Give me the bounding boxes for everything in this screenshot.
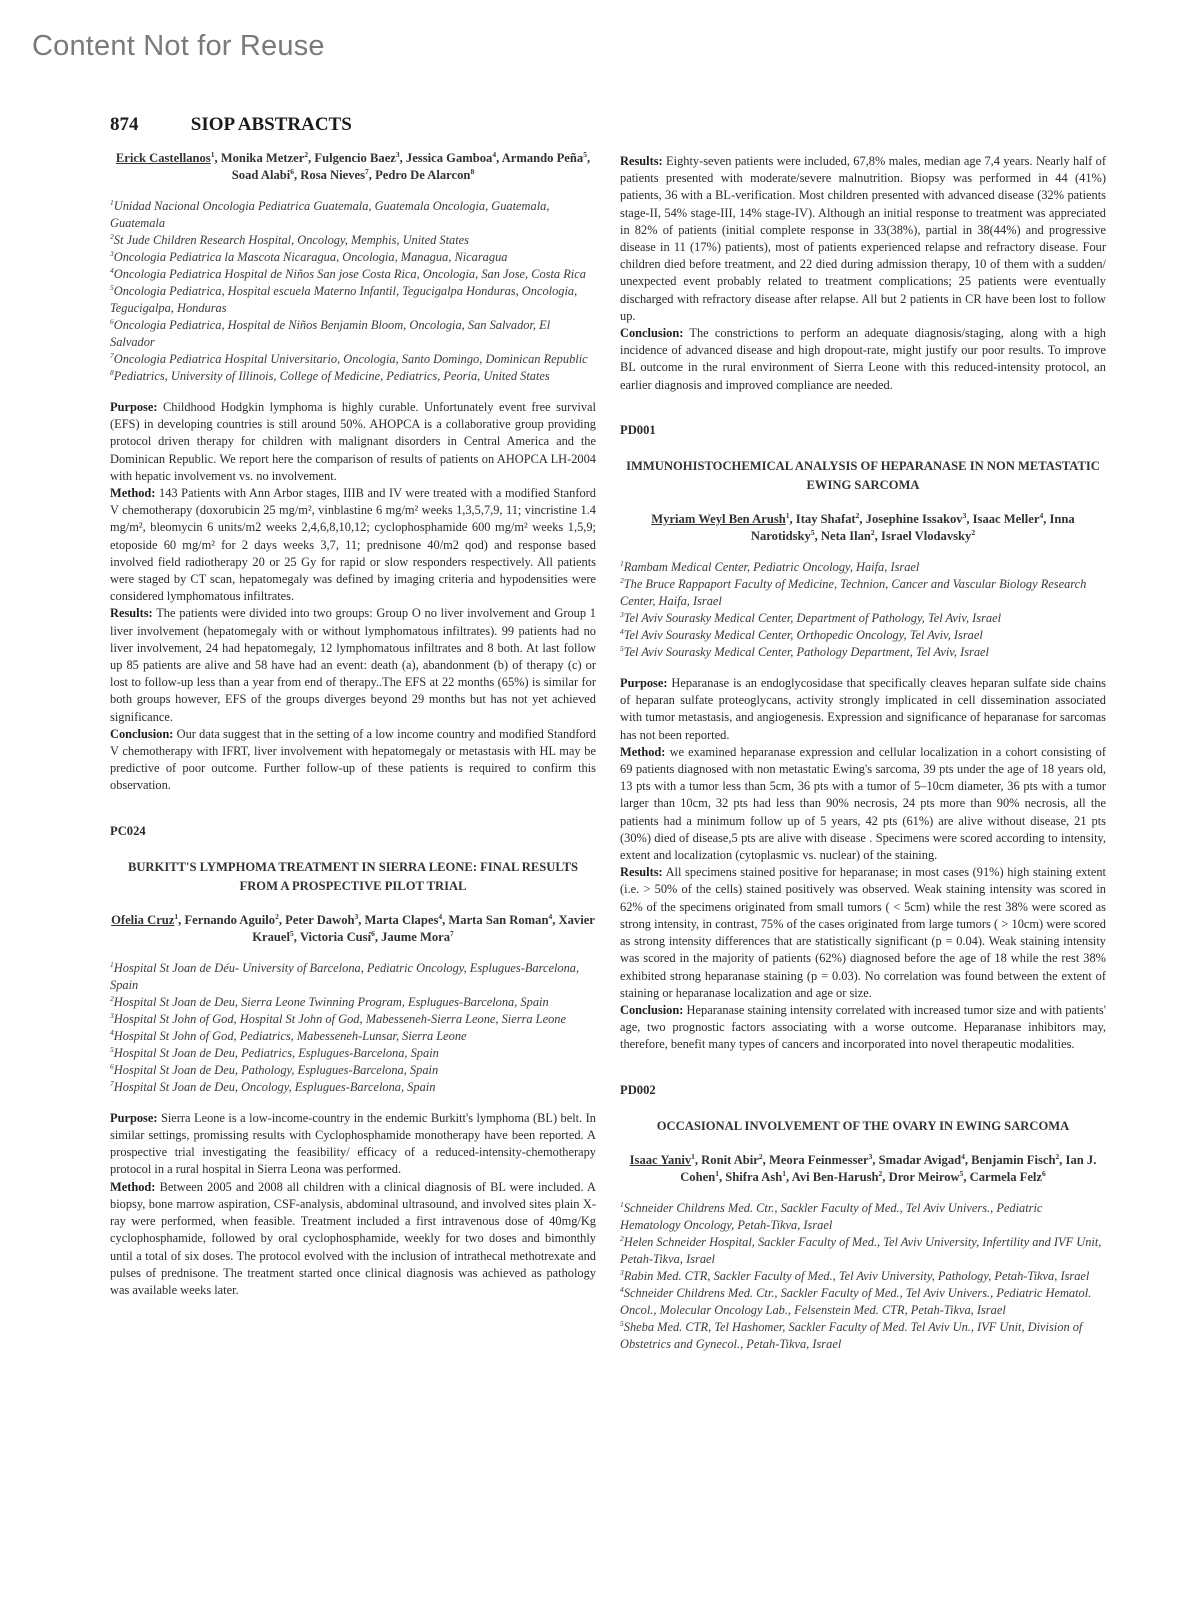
abstract-section: Conclusion: Heparanase staining intensit…: [620, 1002, 1106, 1054]
presenting-author: Isaac Yaniv: [630, 1153, 691, 1167]
running-head: 874 SIOP ABSTRACTS: [110, 114, 352, 136]
affiliation: 5Oncologia Pediatrica, Hospital escuela …: [110, 283, 596, 317]
affiliation-text: Tel Aviv Sourasky Medical Center, Pathol…: [624, 645, 989, 659]
affiliation: 5Sheba Med. CTR, Tel Hashomer, Sackler F…: [620, 1319, 1106, 1353]
abstract-section: Results: Eighty-seven patients were incl…: [620, 153, 1106, 325]
affiliation-text: Pediatrics, University of Illinois, Coll…: [114, 369, 550, 383]
author: Jaume Mora: [381, 930, 450, 944]
affiliation-list: 1Unidad Nacional Oncologia Pediatrica Gu…: [110, 198, 596, 385]
section-text: Between 2005 and 2008 all children with …: [110, 1180, 596, 1297]
affiliation-text: The Bruce Rappaport Faculty of Medicine,…: [620, 577, 1086, 608]
affiliation: 4Oncologia Pediatrica Hospital de Niños …: [110, 266, 596, 283]
author: Carmela Felz: [970, 1170, 1042, 1184]
abstract-code: PD002: [620, 1082, 1106, 1099]
affiliation-text: Hospital St Joan de Deu, Pathology, Espl…: [114, 1063, 438, 1077]
section-label: Method:: [110, 1180, 155, 1194]
section-text: Heparanase staining intensity correlated…: [620, 1003, 1106, 1051]
abstract-section: Purpose: Sierra Leone is a low-income-co…: [110, 1110, 596, 1179]
author: Peter Dawoh: [285, 913, 354, 927]
affiliation-text: Oncologia Pediatrica la Mascota Nicaragu…: [114, 250, 508, 264]
section-text: Sierra Leone is a low-income-country in …: [110, 1111, 596, 1177]
author-affiliation-marker: 1: [174, 912, 178, 921]
author: Marta San Roman: [448, 913, 548, 927]
author-affiliation-marker: 2: [1056, 1152, 1060, 1161]
abstract-body: Purpose: Childhood Hodgkin lymphoma is h…: [110, 399, 596, 795]
abstract-body: Purpose: Heparanase is an endoglycosidas…: [620, 675, 1106, 1053]
author-affiliation-marker: 3: [355, 912, 359, 921]
author-affiliation-marker: 2: [971, 528, 975, 537]
abstract-section: Method: Between 2005 and 2008 all childr…: [110, 1179, 596, 1299]
affiliation-list: 1Schneider Childrens Med. Ctr., Sackler …: [620, 1200, 1106, 1353]
author: Pedro De Alarcon: [375, 168, 470, 182]
abstract-title: BURKITT'S LYMPHOMA TREATMENT IN SIERRA L…: [110, 858, 596, 896]
author-affiliation-marker: 5: [811, 528, 815, 537]
author-affiliation-marker: 1: [211, 150, 215, 159]
abstract: PC024 BURKITT'S LYMPHOMA TREATMENT IN SI…: [110, 823, 596, 1299]
section-text: Eighty-seven patients were included, 67,…: [620, 154, 1106, 323]
affiliation-text: Oncologia Pediatrica Hospital de Niños S…: [114, 267, 586, 281]
section-text: Childhood Hodgkin lymphoma is highly cur…: [110, 400, 596, 483]
author: Fulgencio Baez: [314, 151, 396, 165]
section-text: 143 Patients with Ann Arbor stages, IIIB…: [110, 486, 596, 603]
abstract: PD001 IMMUNOHISTOCHEMICAL ANALYSIS OF HE…: [620, 422, 1106, 1054]
author-affiliation-marker: 2: [275, 912, 279, 921]
abstract-section: Purpose: Childhood Hodgkin lymphoma is h…: [110, 399, 596, 485]
affiliation-text: Hospital St Joan de Deu, Sierra Leone Tw…: [114, 995, 549, 1009]
author-affiliation-marker: 8: [470, 167, 474, 176]
abstract-title: OCCASIONAL INVOLVEMENT OF THE OVARY IN E…: [620, 1117, 1106, 1136]
affiliation-text: Hospital St Joan de Deu, Oncology, Esplu…: [114, 1080, 436, 1094]
section-label: Purpose:: [110, 1111, 158, 1125]
section-label: Conclusion:: [620, 326, 683, 340]
abstract: PD002 OCCASIONAL INVOLVEMENT OF THE OVAR…: [620, 1082, 1106, 1353]
affiliation-text: Schneider Childrens Med. Ctr., Sackler F…: [620, 1201, 1042, 1232]
author-affiliation-marker: 3: [869, 1152, 873, 1161]
affiliation-list: 1Rambam Medical Center, Pediatric Oncolo…: [620, 559, 1106, 661]
author: Armando Peña: [502, 151, 584, 165]
affiliation-list: 1Hospital St Joan de Déu- University of …: [110, 960, 596, 1096]
section-text: Our data suggest that in the setting of …: [110, 727, 596, 793]
section-label: Results:: [110, 606, 153, 620]
author: Shifra Ash: [725, 1170, 782, 1184]
author-affiliation-marker: 7: [450, 929, 454, 938]
affiliation: 2Helen Schneider Hospital, Sackler Facul…: [620, 1234, 1106, 1268]
affiliation: 1Hospital St Joan de Déu- University of …: [110, 960, 596, 994]
author: Benjamin Fisch: [971, 1153, 1055, 1167]
affiliation-text: Rabin Med. CTR, Sackler Faculty of Med.,…: [624, 1269, 1090, 1283]
author-affiliation-marker: 1: [786, 511, 790, 520]
section-label: Results:: [620, 865, 663, 879]
section-text: The constrictions to perform an adequate…: [620, 326, 1106, 392]
author: Ronit Abir: [701, 1153, 759, 1167]
abstract: Erick Castellanos1, Monika Metzer2, Fulg…: [110, 150, 596, 795]
section-label: Conclusion:: [620, 1003, 683, 1017]
author: Josephine Issakov: [866, 512, 963, 526]
section-label: Results:: [620, 154, 663, 168]
author-affiliation-marker: 5: [290, 929, 294, 938]
author-affiliation-marker: 2: [856, 511, 860, 520]
affiliation: 5Tel Aviv Sourasky Medical Center, Patho…: [620, 644, 1106, 661]
affiliation: 7Hospital St Joan de Deu, Oncology, Espl…: [110, 1079, 596, 1096]
affiliation: 8Pediatrics, University of Illinois, Col…: [110, 368, 596, 385]
author-affiliation-marker: 5: [583, 150, 587, 159]
author: Smadar Avigad: [879, 1153, 961, 1167]
author: Victoria Cusí: [300, 930, 371, 944]
author-affiliation-marker: 1: [691, 1152, 695, 1161]
author: Meora Feinmesser: [769, 1153, 869, 1167]
author: Fernando Aguilo: [184, 913, 275, 927]
author-affiliation-marker: 2: [871, 528, 875, 537]
author-list: Ofelia Cruz1, Fernando Aguilo2, Peter Da…: [110, 912, 596, 946]
abstract-section: Method: we examined heparanase expressio…: [620, 744, 1106, 864]
author-affiliation-marker: 4: [438, 912, 442, 921]
author: Jessica Gamboa: [406, 151, 492, 165]
abstract-continued: Results: Eighty-seven patients were incl…: [620, 153, 1106, 394]
author: Dror Meirow: [889, 1170, 960, 1184]
abstract-section: Conclusion: Our data suggest that in the…: [110, 726, 596, 795]
author-affiliation-marker: 1: [715, 1169, 719, 1178]
abstract-body: Purpose: Sierra Leone is a low-income-co…: [110, 1110, 596, 1299]
affiliation: 3Oncologia Pediatrica la Mascota Nicarag…: [110, 249, 596, 266]
left-column: Erick Castellanos1, Monika Metzer2, Fulg…: [110, 150, 596, 1299]
author-affiliation-marker: 3: [963, 511, 967, 520]
affiliation-text: Oncologia Pediatrica, Hospital escuela M…: [110, 284, 577, 315]
affiliation-text: Oncologia Pediatrica, Hospital de Niños …: [110, 318, 550, 349]
author: Monika Metzer: [221, 151, 305, 165]
author-affiliation-marker: 2: [304, 150, 308, 159]
affiliation: 1Rambam Medical Center, Pediatric Oncolo…: [620, 559, 1106, 576]
affiliation-text: Hospital St John of God, Pediatrics, Mab…: [114, 1029, 467, 1043]
abstract-code: PC024: [110, 823, 596, 840]
author-list: Isaac Yaniv1, Ronit Abir2, Meora Feinmes…: [620, 1152, 1106, 1186]
affiliation-text: Tel Aviv Sourasky Medical Center, Orthop…: [624, 628, 983, 642]
affiliation: 4Hospital St John of God, Pediatrics, Ma…: [110, 1028, 596, 1045]
author-affiliation-marker: 6: [371, 929, 375, 938]
journal-section: SIOP ABSTRACTS: [191, 114, 352, 135]
section-label: Method:: [110, 486, 155, 500]
affiliation: 6Oncologia Pediatrica, Hospital de Niños…: [110, 317, 596, 351]
author: Avi Ben-Harush: [792, 1170, 879, 1184]
page-number: 874: [110, 114, 186, 136]
affiliation-text: Hospital St Joan de Déu- University of B…: [110, 961, 579, 992]
watermark: Content Not for Reuse: [32, 30, 325, 63]
author-affiliation-marker: 4: [492, 150, 496, 159]
right-column: Results: Eighty-seven patients were incl…: [620, 153, 1106, 1367]
author-affiliation-marker: 6: [290, 167, 294, 176]
section-text: we examined heparanase expression and ce…: [620, 745, 1106, 862]
affiliation: 1Schneider Childrens Med. Ctr., Sackler …: [620, 1200, 1106, 1234]
affiliation: 2The Bruce Rappaport Faculty of Medicine…: [620, 576, 1106, 610]
abstract-section: Results: All specimens stained positive …: [620, 864, 1106, 1002]
affiliation: 3Rabin Med. CTR, Sackler Faculty of Med.…: [620, 1268, 1106, 1285]
affiliation: 2St Jude Children Research Hospital, Onc…: [110, 232, 596, 249]
affiliation-text: Hospital St Joan de Deu, Pediatrics, Esp…: [114, 1046, 439, 1060]
abstract-section: Purpose: Heparanase is an endoglycosidas…: [620, 675, 1106, 744]
author: Marta Clapes: [365, 913, 439, 927]
affiliation: 7Oncologia Pediatrica Hospital Universit…: [110, 351, 596, 368]
affiliation: 3Tel Aviv Sourasky Medical Center, Depar…: [620, 610, 1106, 627]
author-affiliation-marker: 4: [548, 912, 552, 921]
author-affiliation-marker: 2: [879, 1169, 883, 1178]
affiliation-text: Unidad Nacional Oncologia Pediatrica Gua…: [110, 199, 549, 230]
affiliation-text: Sheba Med. CTR, Tel Hashomer, Sackler Fa…: [620, 1320, 1082, 1351]
author: Rosa Nieves: [300, 168, 365, 182]
section-label: Conclusion:: [110, 727, 173, 741]
affiliation: 5Hospital St Joan de Deu, Pediatrics, Es…: [110, 1045, 596, 1062]
author-list: Erick Castellanos1, Monika Metzer2, Fulg…: [110, 150, 596, 184]
presenting-author: Erick Castellanos: [116, 151, 211, 165]
abstract-title: IMMUNOHISTOCHEMICAL ANALYSIS OF HEPARANA…: [620, 457, 1106, 495]
affiliation-text: St Jude Children Research Hospital, Onco…: [114, 233, 469, 247]
author: Israel Vlodavsky: [881, 529, 971, 543]
affiliation-text: Helen Schneider Hospital, Sackler Facult…: [620, 1235, 1101, 1266]
section-text: Heparanase is an endoglycosidase that sp…: [620, 676, 1106, 742]
affiliation-text: Tel Aviv Sourasky Medical Center, Depart…: [624, 611, 1001, 625]
abstract-section: Conclusion: The constrictions to perform…: [620, 325, 1106, 394]
author-affiliation-marker: 5: [960, 1169, 964, 1178]
author: Soad Alabi: [232, 168, 290, 182]
affiliation: 3Hospital St John of God, Hospital St Jo…: [110, 1011, 596, 1028]
author-affiliation-marker: 7: [365, 167, 369, 176]
affiliation-text: Oncologia Pediatrica Hospital Universita…: [114, 352, 588, 366]
author: Isaac Meller: [973, 512, 1040, 526]
abstract-code: PD001: [620, 422, 1106, 439]
author: Neta Ilan: [821, 529, 871, 543]
author-affiliation-marker: 3: [396, 150, 400, 159]
affiliation: 4Tel Aviv Sourasky Medical Center, Ortho…: [620, 627, 1106, 644]
section-text: The patients were divided into two group…: [110, 606, 596, 723]
section-label: Purpose:: [110, 400, 158, 414]
author-affiliation-marker: 1: [782, 1169, 786, 1178]
affiliation: 6Hospital St Joan de Deu, Pathology, Esp…: [110, 1062, 596, 1079]
abstract-section: Method: 143 Patients with Ann Arbor stag…: [110, 485, 596, 605]
author-affiliation-marker: 4: [1039, 511, 1043, 520]
affiliation: 1Unidad Nacional Oncologia Pediatrica Gu…: [110, 198, 596, 232]
abstract-body: Results: Eighty-seven patients were incl…: [620, 153, 1106, 394]
presenting-author: Myriam Weyl Ben Arush: [651, 512, 785, 526]
presenting-author: Ofelia Cruz: [111, 913, 174, 927]
author: Itay Shafat: [796, 512, 856, 526]
section-text: All specimens stained positive for hepar…: [620, 865, 1106, 999]
affiliation-text: Schneider Childrens Med. Ctr., Sackler F…: [620, 1286, 1091, 1317]
affiliation: 2Hospital St Joan de Deu, Sierra Leone T…: [110, 994, 596, 1011]
affiliation-text: Hospital St John of God, Hospital St Joh…: [114, 1012, 566, 1026]
affiliation-text: Rambam Medical Center, Pediatric Oncolog…: [624, 560, 920, 574]
abstract-section: Results: The patients were divided into …: [110, 605, 596, 725]
author-list: Myriam Weyl Ben Arush1, Itay Shafat2, Jo…: [620, 511, 1106, 545]
affiliation: 4Schneider Childrens Med. Ctr., Sackler …: [620, 1285, 1106, 1319]
section-label: Purpose:: [620, 676, 668, 690]
section-label: Method:: [620, 745, 665, 759]
author-affiliation-marker: 6: [1042, 1169, 1046, 1178]
author-affiliation-marker: 4: [961, 1152, 965, 1161]
author-affiliation-marker: 2: [759, 1152, 763, 1161]
